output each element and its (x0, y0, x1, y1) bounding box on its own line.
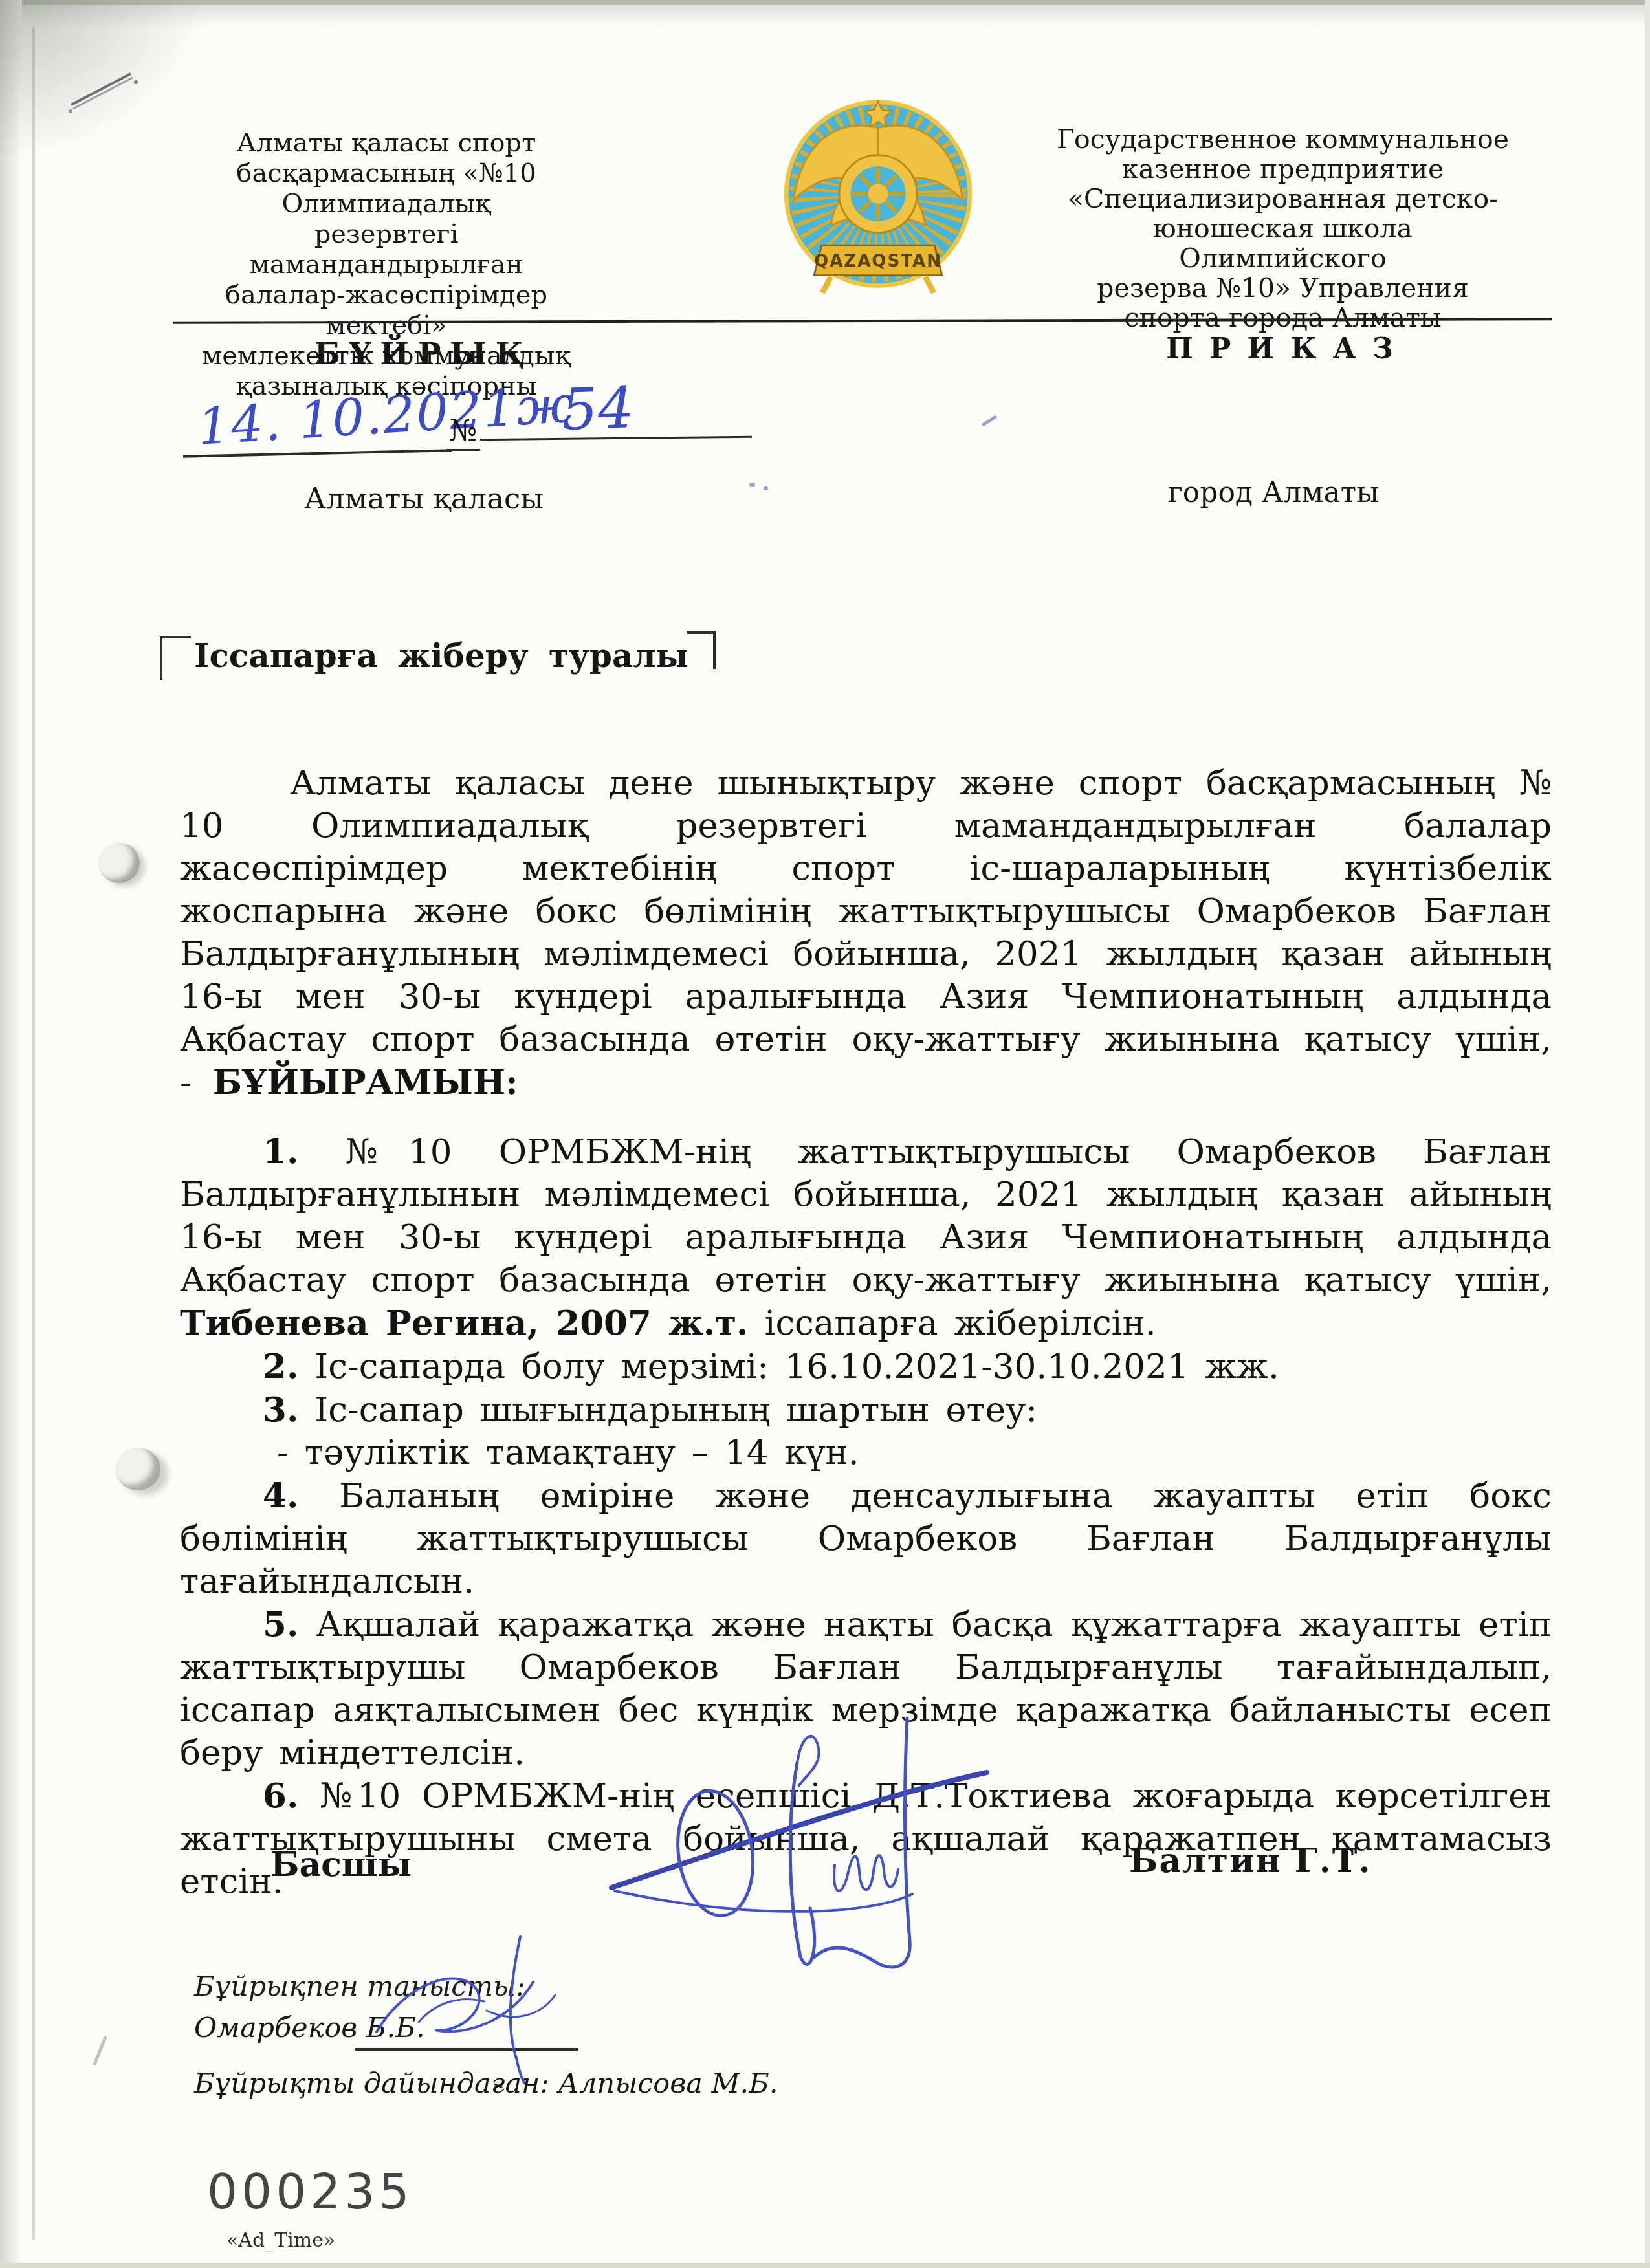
org-name-ru-line: «Специализированная детско- (1051, 184, 1514, 213)
item-text: №10 ОРМБЖМ-нің жаттықтырушысы Омарбеков … (180, 1132, 1552, 1300)
acquainted-signature (357, 1925, 590, 2087)
item-text: Баланың өміріне және денсаулығына жауапт… (180, 1476, 1552, 1601)
order-item-2: 2. Іс-сапарда болу мерзімі: 16.10.2021-3… (180, 1345, 1552, 1388)
document-subject-title: Іссапарға жіберу туралы (194, 637, 688, 675)
org-name-ru-line: резерва №10» Управления (1051, 273, 1514, 303)
document-registration-number: 000235 (207, 2164, 413, 2220)
item-number: 1. (263, 1131, 298, 1172)
ink-speck (749, 483, 755, 487)
scan-edge-top-fade (0, 5, 1650, 28)
prepared-by-line: Бұйрықты дайындаған: Алпысова М.Б. (194, 2067, 778, 2100)
ad-time-label: «Ad_Time» (226, 2229, 335, 2252)
org-name-ru-line: юношеская школа Олимпийского (1051, 213, 1514, 273)
org-name-ru-line: Государственное коммунальное (1051, 124, 1514, 154)
item-number: 3. (263, 1390, 298, 1430)
org-name-ru-line: казенное предприятие (1051, 154, 1514, 184)
intro-paragraph: Алматы қаласы дене шынықтыру және спорт … (180, 762, 1552, 1104)
per-diem-line: - тәуліктік тамақтану – 14 күн. (180, 1432, 1552, 1474)
head-name: Балтин Г.Т. (1129, 1841, 1372, 1881)
item-number: 5. (263, 1604, 298, 1644)
item-number: 6. (263, 1776, 298, 1816)
order-item-3: 3. Іс-сапар шығындарының шартын өтеу: (180, 1388, 1552, 1432)
scan-edge-left (0, 0, 22, 2268)
city-label-ru: город Алматы (1108, 476, 1438, 509)
item-number: 2. (263, 1346, 298, 1386)
crop-mark-right (687, 631, 716, 669)
staple-mark (65, 65, 142, 116)
city-label-kk: Алматы қаласы (262, 481, 586, 516)
item-text: Іс-сапарда болу мерзімі: 16.10.2021-30.1… (298, 1347, 1279, 1386)
intro-resolution-word: БҰЙЫРАМЫН: (213, 1062, 518, 1102)
org-name-kk-line: резервтегі мамандандырылған (190, 219, 583, 280)
ink-speck (982, 415, 998, 426)
head-position-label: Басшы (270, 1845, 412, 1884)
scanned-page: Алматы қаласы спорт басқармасының «№10 О… (0, 0, 1650, 2268)
intro-text: Алматы қаласы дене шынықтыру және спорт … (180, 763, 1552, 1102)
item-number: 4. (263, 1476, 298, 1516)
hole-punch-mark (98, 843, 140, 883)
order-item-1: 1. №10 ОРМБЖМ-нің жаттықтырушысы Омарбек… (180, 1130, 1552, 1345)
director-signature (602, 1700, 1003, 1998)
org-name-kk-line: балалар-жасөспірімдер мектебі» (190, 280, 583, 341)
crop-mark-left (160, 636, 191, 680)
org-name-kk-line: Алматы қаласы спорт (190, 128, 583, 158)
number-sign-label: № (446, 413, 480, 451)
item-text: Іс-сапар шығындарының шартын өтеу: (298, 1390, 1037, 1430)
org-name-kk-line: басқармасының «№10 Олимпиадалық (190, 158, 583, 219)
scan-edge-bottom (0, 2263, 1650, 2268)
hole-punch-mark (115, 1448, 160, 1490)
athlete-name: Тибенева Регина, 2007 ж.т. (180, 1303, 749, 1343)
emblem-caption: QAZAQSTAN (814, 252, 942, 271)
order-item-4: 4. Баланың өміріне және денсаулығына жау… (180, 1474, 1552, 1603)
pen-stray-mark (93, 2036, 107, 2066)
handwritten-number: 54 (560, 374, 635, 443)
scan-edge-right (1645, 0, 1650, 2268)
org-name-russian: Государственное коммунальное казенное пр… (1051, 124, 1514, 333)
item-text: іссапарға жіберілсін. (749, 1303, 1156, 1343)
ink-speck (764, 486, 768, 490)
kazakhstan-emblem-icon: QAZAQSTAN (778, 92, 978, 302)
order-heading-ru: П Р И К А З (1116, 333, 1446, 365)
order-heading-kk: БҰЙРЫҚ (262, 336, 586, 372)
scan-edge-top (0, 0, 1650, 5)
paper-edge-line (32, 27, 35, 2240)
